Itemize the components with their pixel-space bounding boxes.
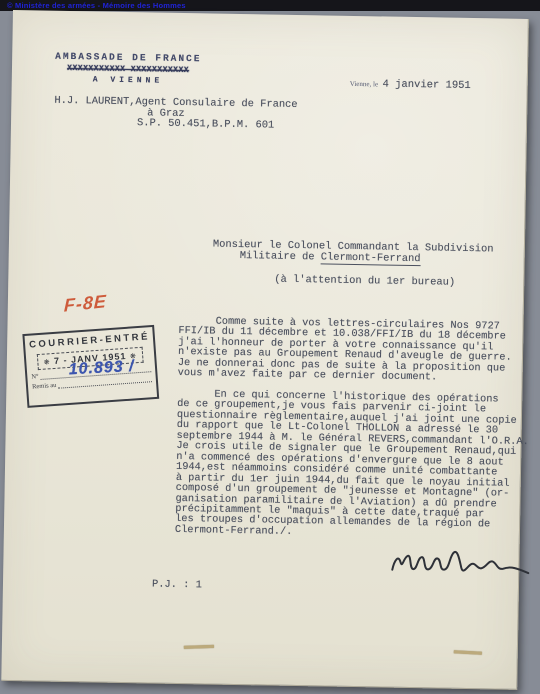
letter-page: AMBASSADE DE FRANCE XXXXXXXXXXX XXXXXXXX…	[1, 10, 529, 690]
archive-watermark: © Ministère des armées - Mémoire des Hom…	[7, 1, 186, 10]
enclosure-note: P.J. : 1	[152, 579, 202, 592]
tape-mark-left	[184, 645, 214, 649]
letterhead-city: A VIENNE	[55, 75, 201, 87]
handwritten-registry-number: 10.893 /	[68, 358, 135, 379]
recipient-city-underlined: Clermont-Ferrand	[321, 251, 421, 266]
recipient-attention: (à l'attention du 1er bureau)	[274, 275, 493, 290]
body-paragraph-2: En ce qui concerne l'historique des opér…	[175, 389, 530, 541]
stamp-ornament-left: ❋	[44, 359, 51, 366]
red-pencil-annotation: F-8E	[64, 291, 108, 317]
letterhead-obliterated-line: XXXXXXXXXXX XXXXXXXXXXX	[55, 64, 201, 76]
signature-scrawl	[386, 543, 535, 584]
sender-postal: S.P. 50.451,B.P.M. 601	[137, 118, 297, 131]
dateline-typed: 4 janvier 1951	[382, 78, 470, 92]
recipient-block: Monsieur le Colonel Commandant la Subdiv…	[212, 240, 493, 290]
body-paragraph-1: Comme suite à vos lettres-circulaires No…	[178, 316, 513, 385]
letterhead: AMBASSADE DE FRANCE XXXXXXXXXXX XXXXXXXX…	[55, 51, 202, 87]
dateline: Vienne, le 4 janvier 1951	[350, 73, 471, 93]
sender-block: H.J. LAURENT,Agent Consulaire de France …	[54, 96, 298, 132]
signature	[386, 543, 535, 589]
recipient-line2-prefix: Militaire de	[240, 250, 321, 263]
dateline-printed: Vienne, le	[350, 80, 378, 88]
tape-mark-right	[454, 650, 482, 654]
letterhead-org: AMBASSADE DE FRANCE	[55, 51, 201, 65]
